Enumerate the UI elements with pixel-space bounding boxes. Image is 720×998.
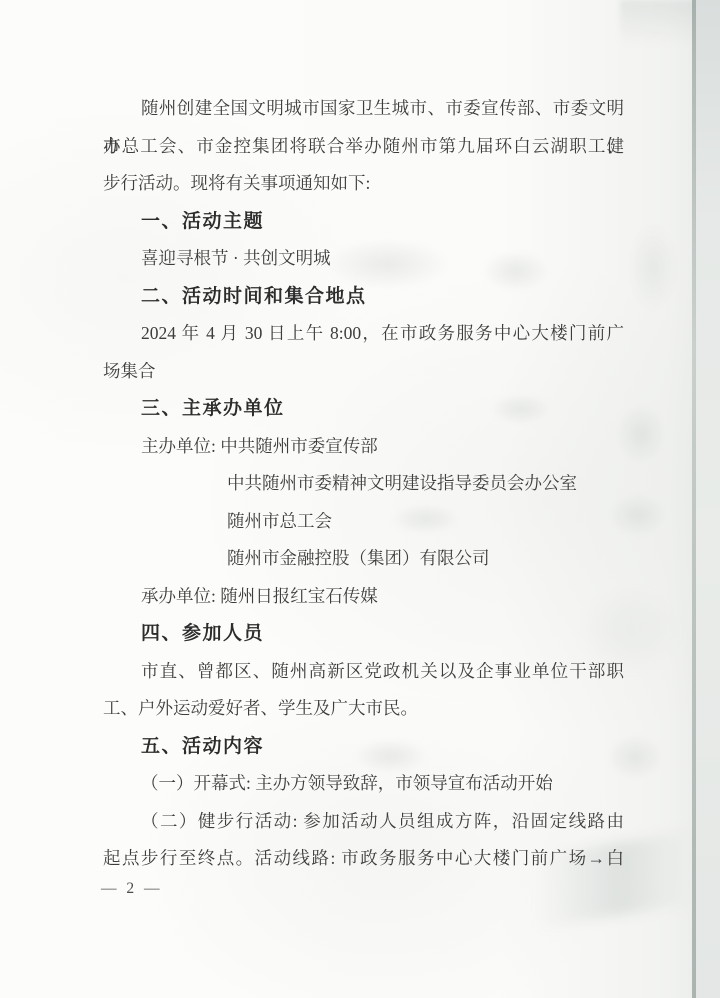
host-unit-line: 主办单位: 中共随州市委宣传部 <box>103 428 624 466</box>
content-item-line: 起点步行至终点。活动线路: 市政务服务中心大楼门前广场→白 <box>103 840 624 878</box>
content-item-line: （一）开幕式: 主办方领导致辞，市领导宣布活动开始 <box>103 765 624 803</box>
participants-line: 工、户外运动爱好者、学生及广大市民。 <box>103 690 624 728</box>
theme-line: 喜迎寻根节 · 共创文明城 <box>103 240 624 278</box>
intro-line: 随州创建全国文明城市国家卫生城市、市委宣传部、市委文明办、 <box>103 90 624 128</box>
section-heading-participants: 四、参加人员 <box>103 615 624 653</box>
corner-shadow <box>620 0 696 46</box>
bleedthrough-smudge <box>618 205 688 330</box>
section-heading-theme: 一、活动主题 <box>103 203 624 241</box>
scan-background <box>696 0 720 998</box>
section-heading-time-place: 二、活动时间和集合地点 <box>103 278 624 316</box>
intro-line: 步行活动。现将有关事项通知如下: <box>103 165 624 203</box>
document-body: 随州创建全国文明城市国家卫生城市、市委宣传部、市委文明办、 市总工会、市金控集团… <box>103 90 624 878</box>
time-place-line: 场集合 <box>103 353 624 391</box>
host-unit-line: 随州市金融控股（集团）有限公司 <box>103 540 624 578</box>
participants-line: 市直、曾都区、随州高新区党政机关以及企事业单位干部职 <box>103 653 624 691</box>
page-number: — 2 — <box>101 880 163 898</box>
section-heading-organizers: 三、主承办单位 <box>103 390 624 428</box>
section-heading-content: 五、活动内容 <box>103 728 624 766</box>
time-place-line: 2024 年 4 月 30 日上午 8:00，在市政务服务中心大楼门前广 <box>103 315 624 353</box>
paper-sheet: 随州创建全国文明城市国家卫生城市、市委宣传部、市委文明办、 市总工会、市金控集团… <box>0 0 695 998</box>
intro-line: 市总工会、市金控集团将联合举办随州市第九届环白云湖职工健 <box>103 128 624 166</box>
host-unit-line: 中共随州市委精神文明建设指导委员会办公室 <box>103 465 624 503</box>
content-item-line: （二）健步行活动: 参加活动人员组成方阵，沿固定线路由 <box>103 803 624 841</box>
scanned-notice-page: 随州创建全国文明城市国家卫生城市、市委宣传部、市委文明办、 市总工会、市金控集团… <box>0 0 720 998</box>
undertaker-line: 承办单位: 随州日报红宝石传媒 <box>103 578 624 616</box>
host-unit-line: 随州市总工会 <box>103 503 624 541</box>
